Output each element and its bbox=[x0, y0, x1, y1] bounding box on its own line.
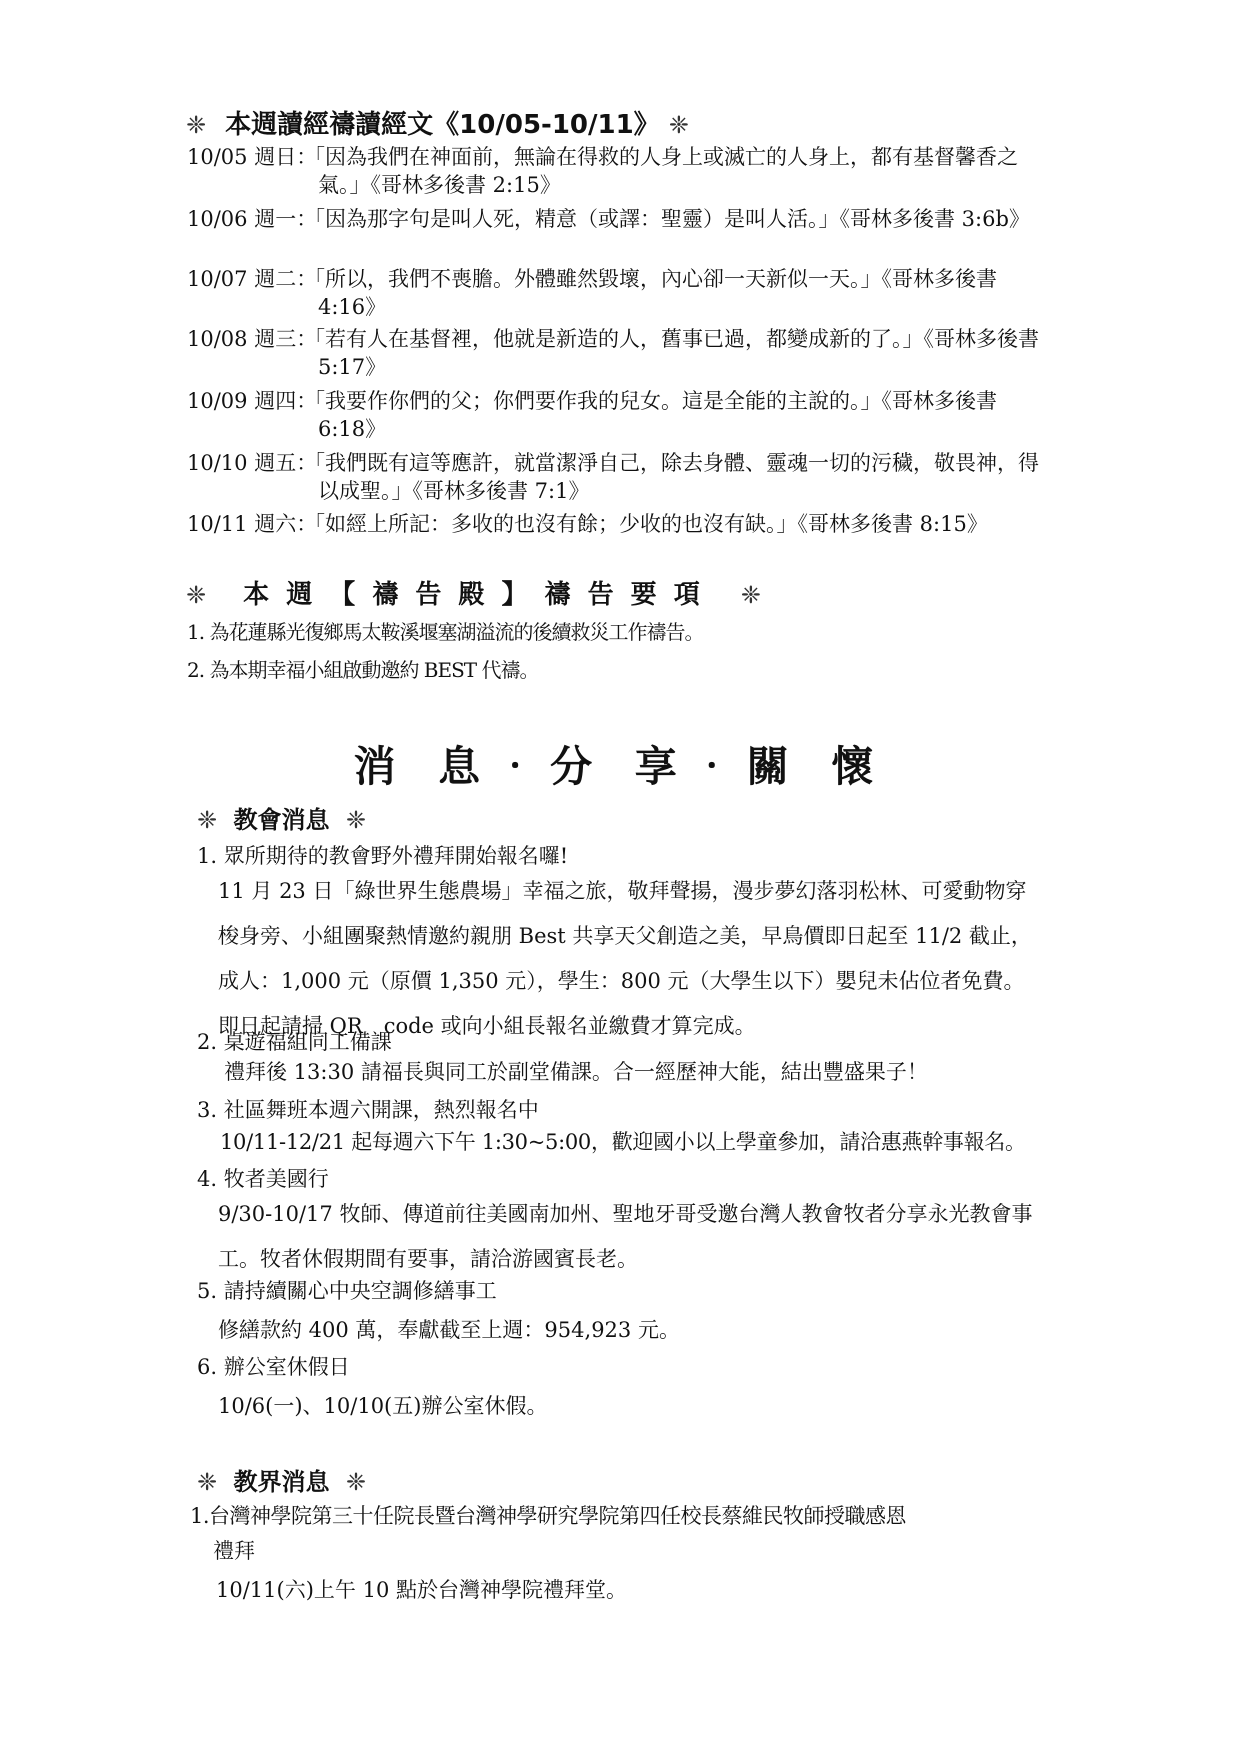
reading-date: 10/06 週一： bbox=[187, 205, 317, 233]
flower-icon: ❈ bbox=[186, 111, 206, 139]
news-heading: 2. 桌遊福組同工備課 bbox=[197, 1026, 392, 1056]
reading-text: 「若有人在基督裡，他就是新造的人，舊事已過，都變成新的了。」《哥林多後書 5:1… bbox=[318, 325, 1048, 381]
news-body: 10/11-12/21 起每週六下午 1:30~5:00，歡迎國小以上學童參加，… bbox=[220, 1126, 1026, 1156]
prayer-item: 2. 為本期幸福小組啟動邀約 BEST 代禱。 bbox=[187, 654, 539, 683]
news-heading: 1. 眾所期待的教會野外禮拜開始報名囉! bbox=[197, 840, 568, 870]
reading-text: 「如經上所記：多收的也沒有餘；少收的也沒有缺。」《哥林多後書 8:15》 bbox=[318, 510, 1034, 538]
flower-icon: ❈ bbox=[197, 1468, 217, 1496]
reading-item: 10/06 週一： 「因為那字句是叫人死，精意（或譯：聖靈）是叫人活。」《哥林多… bbox=[187, 205, 1067, 233]
reading-section-title-text: 本週讀經禱讀經文《10/05-10/11》 bbox=[225, 110, 660, 140]
denomination-news-heading: 1.台灣神學院第三十任院長暨台灣神學研究學院第四任校長蔡維民牧師授職感恩 bbox=[190, 1500, 906, 1530]
bulletin-page: ❈ 本週讀經禱讀經文《10/05-10/11》 ❈ 10/05 週日： 「因為我… bbox=[0, 0, 1241, 1755]
reading-date: 10/05 週日： bbox=[187, 143, 317, 171]
reading-date: 10/08 週三： bbox=[187, 325, 317, 353]
flower-icon: ❈ bbox=[741, 581, 761, 609]
denomination-news-body: 10/11(六)上午 10 點於台灣神學院禮拜堂。 bbox=[216, 1574, 627, 1604]
news-body: 10/6(一)、10/10(五)辦公室休假。 bbox=[218, 1390, 547, 1420]
denomination-news-heading-cont: 禮拜 bbox=[213, 1535, 255, 1565]
church-news-title: ❈ 教會消息 ❈ bbox=[197, 800, 366, 835]
flower-icon: ❈ bbox=[346, 1468, 366, 1496]
reading-item: 10/05 週日： 「因為我們在神面前，無論在得救的人身上或滅亡的人身上，都有基… bbox=[187, 143, 1067, 199]
reading-item: 10/07 週二： 「所以，我們不喪膽。外體雖然毀壞，內心卻一天新似一天。」《哥… bbox=[187, 265, 1067, 321]
flower-icon: ❈ bbox=[669, 111, 689, 139]
news-heading: 5. 請持續關心中央空調修繕事工 bbox=[197, 1275, 497, 1305]
denomination-news-title: ❈ 教界消息 ❈ bbox=[197, 1462, 366, 1497]
news-body: 11 月 23 日「綠世界生態農場」幸福之旅，敬拜聲揚，漫步夢幻落羽松林、可愛動… bbox=[218, 869, 1038, 1049]
reading-text: 「我們既有這等應許，就當潔淨自己，除去身體、靈魂一切的污穢，敬畏神，得以成聖。」… bbox=[318, 449, 1048, 505]
news-heading: 6. 辦公室休假日 bbox=[197, 1351, 350, 1381]
news-body: 禮拜後 13:30 請福長與同工於副堂備課。合一經歷神大能，結出豐盛果子！ bbox=[224, 1056, 928, 1086]
reading-text: 「因為那字句是叫人死，精意（或譯：聖靈）是叫人活。」《哥林多後書 3:6b》 bbox=[318, 205, 1024, 233]
reading-item: 10/11 週六： 「如經上所記：多收的也沒有餘；少收的也沒有缺。」《哥林多後書… bbox=[187, 510, 1067, 538]
prayer-section-title: ❈ 本 週 【 禱 告 殿 】 禱 告 要 項 ❈ bbox=[186, 574, 761, 611]
main-title: 消 息‧分 享‧關 懷 bbox=[0, 734, 1241, 794]
flower-icon: ❈ bbox=[346, 806, 366, 834]
flower-icon: ❈ bbox=[197, 806, 217, 834]
prayer-item: 1. 為花蓮縣光復鄉馬太鞍溪堰塞湖溢流的後續救災工作禱告。 bbox=[187, 616, 703, 645]
prayer-section-title-text: 本 週 【 禱 告 殿 】 禱 告 要 項 bbox=[243, 580, 704, 610]
reading-text: 「我要作你們的父；你們要作我的兒女。這是全能的主說的。」《哥林多後書 6:18》 bbox=[318, 387, 1036, 443]
reading-date: 10/11 週六： bbox=[187, 510, 317, 538]
reading-item: 10/09 週四： 「我要作你們的父；你們要作我的兒女。這是全能的主說的。」《哥… bbox=[187, 387, 1067, 443]
reading-text: 「因為我們在神面前，無論在得救的人身上或滅亡的人身上，都有基督馨香之氣。」《哥林… bbox=[318, 143, 1038, 199]
denomination-news-title-text: 教界消息 bbox=[233, 1468, 329, 1496]
reading-date: 10/09 週四： bbox=[187, 387, 317, 415]
reading-date: 10/07 週二： bbox=[187, 265, 317, 293]
reading-date: 10/10 週五： bbox=[187, 449, 317, 477]
news-body: 修繕款約 400 萬，奉獻截至上週：954,923 元。 bbox=[218, 1314, 680, 1344]
reading-item: 10/08 週三： 「若有人在基督裡，他就是新造的人，舊事已過，都變成新的了。」… bbox=[187, 325, 1067, 381]
news-body: 9/30-10/17 牧師、傳道前往美國南加州、聖地牙哥受邀台灣人教會牧者分享永… bbox=[218, 1192, 1038, 1282]
news-heading: 4. 牧者美國行 bbox=[197, 1163, 329, 1193]
reading-section-title: ❈ 本週讀經禱讀經文《10/05-10/11》 ❈ bbox=[186, 104, 689, 141]
reading-text: 「所以，我們不喪膽。外體雖然毀壞，內心卻一天新似一天。」《哥林多後書 4:16》 bbox=[318, 265, 1054, 321]
news-heading: 3. 社區舞班本週六開課，熱烈報名中 bbox=[197, 1094, 539, 1124]
church-news-title-text: 教會消息 bbox=[233, 806, 329, 834]
reading-item: 10/10 週五： 「我們既有這等應許，就當潔淨自己，除去身體、靈魂一切的污穢，… bbox=[187, 449, 1067, 505]
flower-icon: ❈ bbox=[186, 581, 206, 609]
